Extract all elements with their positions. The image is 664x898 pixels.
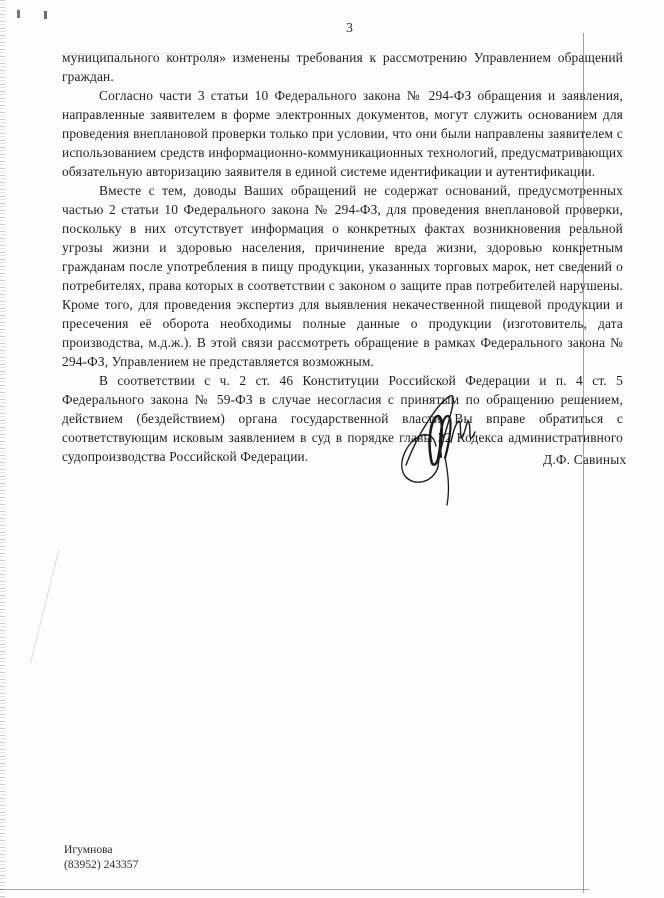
vertical-scan-line	[583, 33, 584, 893]
bottom-scan-line	[0, 889, 589, 890]
scan-speck	[17, 10, 20, 18]
scratch-artifact	[30, 550, 60, 665]
signatory-name: Д.Ф. Савиных	[543, 452, 626, 468]
signature-block: Д.Ф. Савиных	[0, 393, 664, 523]
scanned-letter-page: 3 муниципального контроля» изменены треб…	[0, 0, 664, 898]
page-number: 3	[62, 20, 637, 36]
paragraph: Согласно части 3 статьи 10 Федерального …	[62, 86, 623, 181]
executor-phone: (83952) 243357	[64, 857, 138, 872]
executor-name: Игумнова	[64, 842, 138, 857]
left-edge-scan-noise	[0, 0, 5, 898]
paragraph: Вместе с тем, доводы Ваших обращений не …	[62, 181, 623, 371]
handwritten-signature-icon	[392, 393, 492, 518]
scan-speck	[44, 11, 47, 19]
executor-footer: Игумнова (83952) 243357	[64, 842, 138, 872]
faint-scan-artifact	[66, 53, 204, 54]
